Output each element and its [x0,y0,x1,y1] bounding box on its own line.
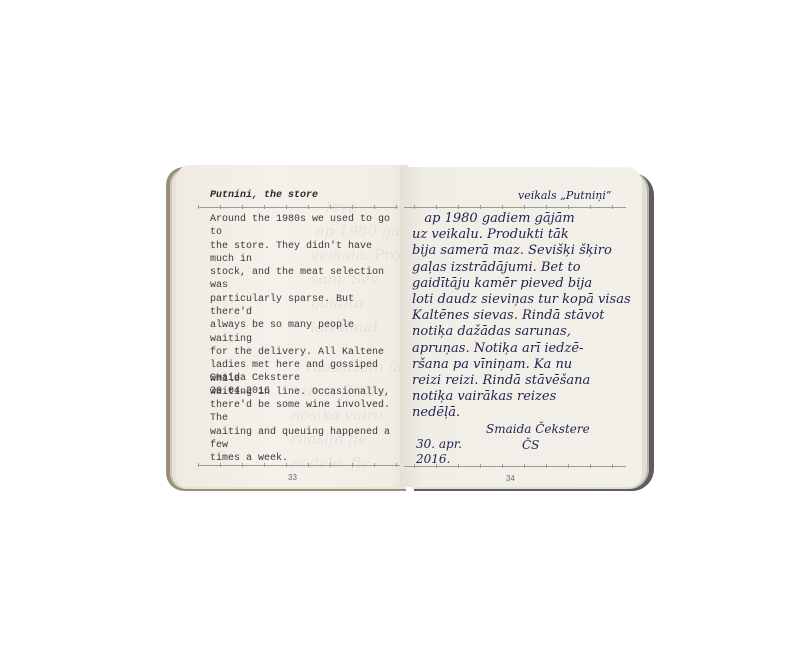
handwritten-text: ap 1980 gadiem gājām uz veikalu. Produkt… [412,211,631,422]
right-page: veikals „Putniņi” ap 1980 gadiem gājām u… [400,167,642,487]
story-line: always be so many people waiting [210,319,400,346]
story-line: stock, and the meat selection was [210,266,400,293]
signature-block: Smaida Cekstere 30.04.2016 [210,372,300,399]
footer-rule [198,465,410,466]
page-title: Putnini, the store [210,190,318,201]
story-line: there'd be some wine involved. The [210,399,400,426]
open-notebook: Ieva ap 1980 gad veikala. Prod sam. Sev … [166,163,654,494]
signature-name: Smaida Cekstere [210,372,300,385]
footer-rule [404,466,626,467]
story-line: for the delivery. All Kaltene [210,346,400,359]
handwritten-initials: ČS [522,437,539,453]
story-line: Around the 1980s we used to go to [210,213,400,240]
signature-date: 30.04.2016 [210,385,300,398]
title-rule [404,207,626,208]
handwritten-date: 30. apr. 2016. [416,437,462,467]
story-line: particularly sparse. But there'd [210,293,400,320]
title-rule [198,207,398,208]
page-number: 34 [506,474,515,483]
story-text: Around the 1980s we used to go to the st… [210,213,400,466]
handwritten-signature: Smaida Čekstere [486,421,590,437]
story-line: times a week. [210,452,400,465]
handwritten-heading: veikals „Putniņi” [518,189,612,202]
story-line: the store. They didn't have much in [210,240,400,267]
left-page: Ieva ap 1980 gad veikala. Prod sam. Sev … [176,165,408,487]
page-number: 33 [288,473,297,482]
story-line: waiting and queuing happened a few [210,426,400,453]
